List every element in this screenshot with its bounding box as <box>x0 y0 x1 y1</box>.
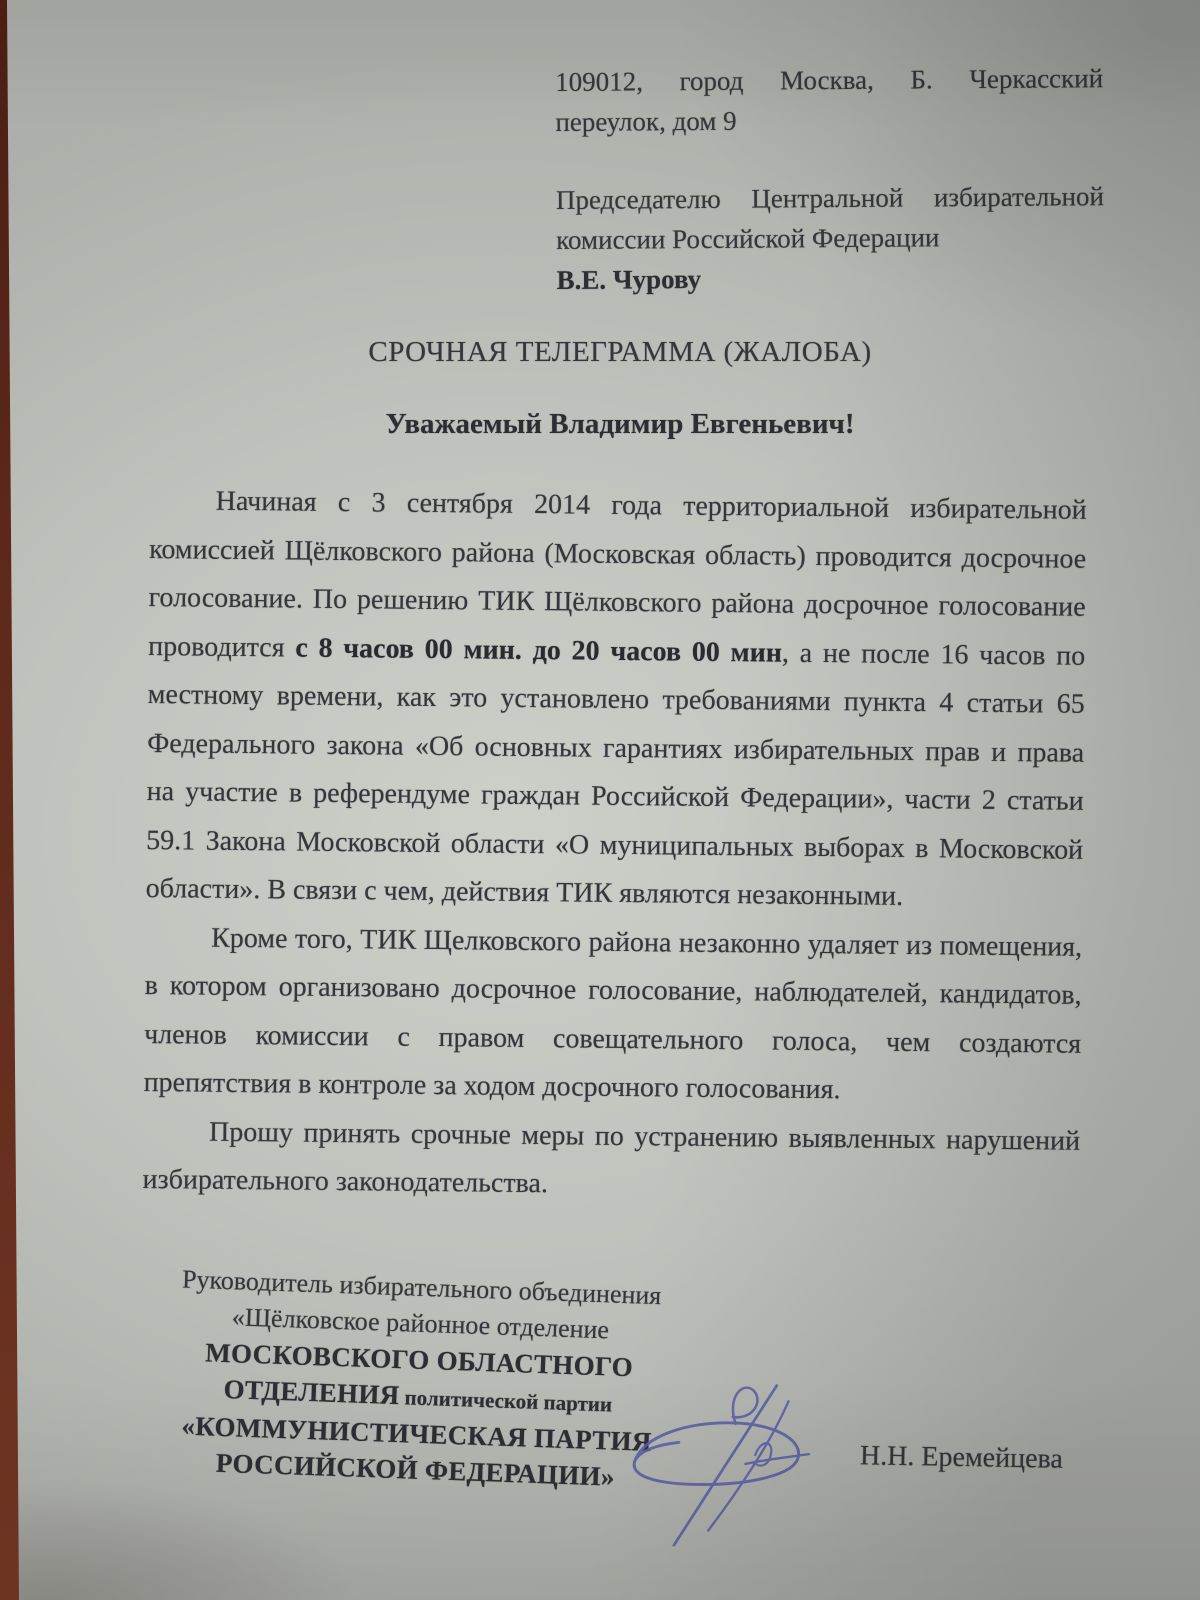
recipient-name: В.Е. Чурову <box>556 256 1104 300</box>
recipient-line-1: Председателю Центральной избирательной <box>556 176 1104 220</box>
recipient-address-block: 109012, город Москва, Б. Черкасский пере… <box>555 58 1105 300</box>
body-paragraph-2: Кроме того, ТИК Щелковского района незак… <box>143 913 1082 1117</box>
signatory-name: Н.Н. Еремейцева <box>860 1440 1063 1476</box>
letter-body: Начиная с 3 сентября 2014 года территори… <box>142 477 1087 1214</box>
paper-document: 109012, город Москва, Б. Черкасский пере… <box>0 0 1200 1600</box>
body-paragraph-1: Начиная с 3 сентября 2014 года территори… <box>145 477 1087 923</box>
paragraph-1-bold-hours: с 8 часов 00 мин. до 20 часов 00 мин <box>295 632 782 668</box>
handwritten-signature-icon <box>612 1368 824 1554</box>
paragraph-1-text-continued: , а не после 16 часов по местному времен… <box>146 637 1086 912</box>
recipient-address-line-2: переулок, дом 9 <box>555 98 1103 142</box>
recipient-address-line-1: 109012, город Москва, Б. Черкасский <box>555 58 1103 102</box>
signatory-title-line-4-rest: политической партии <box>399 1385 613 1416</box>
recipient-line-2: комиссии Российской Федерации <box>556 216 1104 260</box>
document-title: СРОЧНАЯ ТЕЛЕГРАММА (ЖАЛОБА) <box>150 336 1090 369</box>
body-paragraph-3: Прошу принять срочные меры по устранению… <box>142 1107 1080 1214</box>
salutation: Уважаемый Владимир Евгеньевич! <box>150 408 1090 441</box>
recipient-block: Председателю Центральной избирательной к… <box>556 176 1105 300</box>
photographed-letter: 109012, город Москва, Б. Черкасский пере… <box>0 0 1200 1600</box>
signatory-title-line-4-caps: ОТДЕЛЕНИЯ <box>223 1374 400 1410</box>
